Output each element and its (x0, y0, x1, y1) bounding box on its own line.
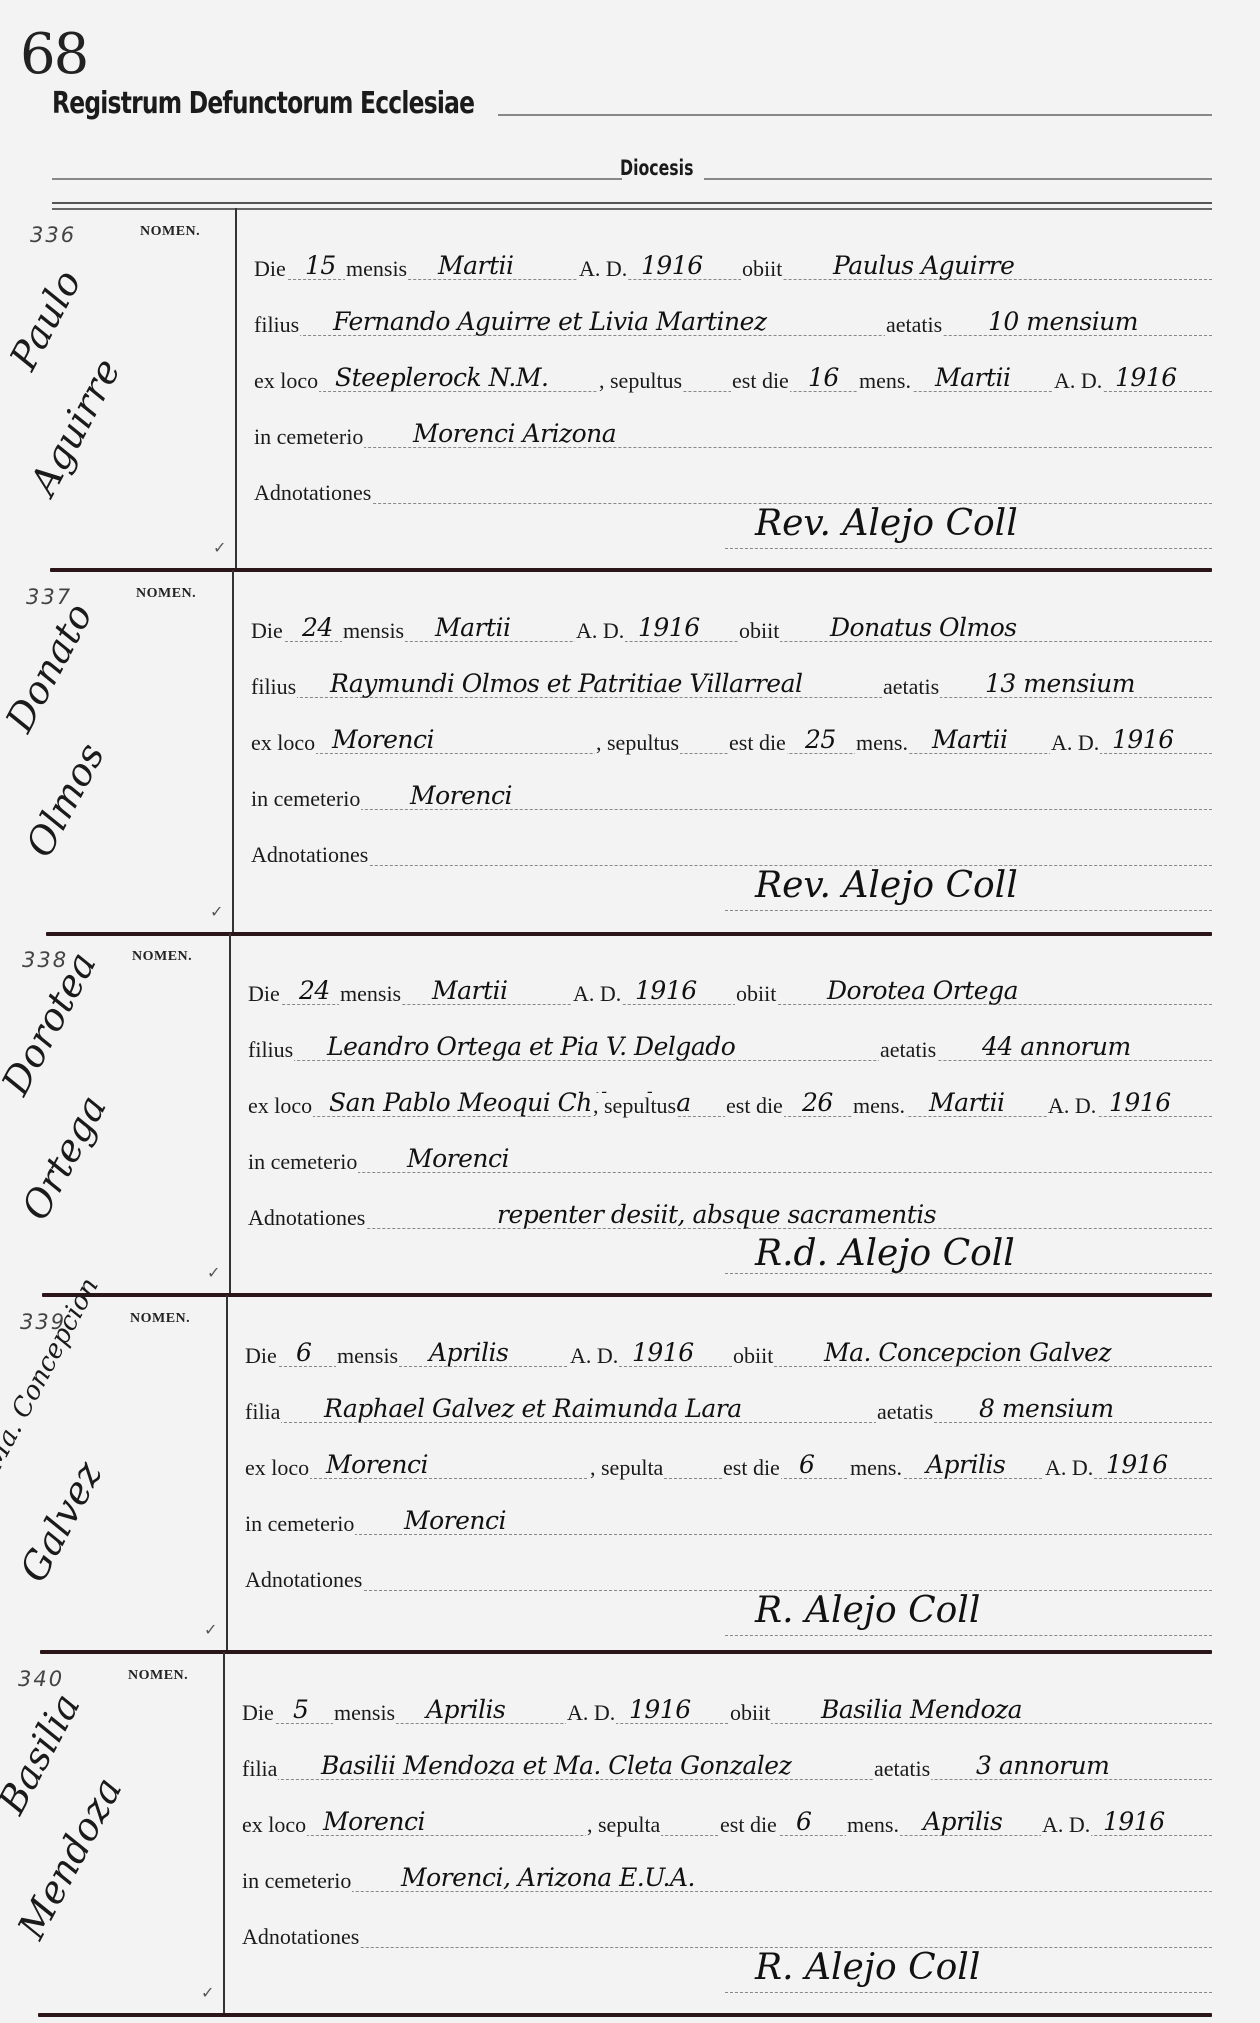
aetatis-label: aetatis (885, 312, 943, 338)
burial-row: ex loco Morenci , sepultus est die 25 me… (250, 730, 1212, 760)
parent-label: filius (253, 312, 300, 338)
sepult-label: , sepulta (589, 1455, 664, 1481)
sepult-label: , sepultus (598, 368, 683, 394)
priest-signature: R. Alejo Coll (755, 1590, 980, 1631)
cemetery-name: Morenci Arizona (413, 419, 616, 448)
place-of-origin: Morenci (326, 1450, 428, 1479)
cemetery-row: in cemeterio Morenci, Arizona E.U.A. (241, 1868, 1212, 1898)
burial-year: 1916 (1109, 1088, 1171, 1117)
diocesis-blank-right (704, 178, 1212, 180)
death-year: 1916 (629, 1695, 691, 1724)
death-month: Aprilis (426, 1695, 505, 1724)
check-mark: ✓ (201, 1983, 214, 2003)
mens-label: mens. (855, 730, 909, 756)
death-year: 1916 (635, 976, 697, 1005)
ad-label-2: A. D. (1050, 730, 1100, 756)
parents-names: Raymundi Olmos et Patritiae Villarreal (330, 669, 802, 698)
column-divider (232, 570, 234, 932)
parent-label: filius (247, 1037, 294, 1063)
priest-signature: R. Alejo Coll (755, 1947, 980, 1988)
burial-year: 1916 (1115, 363, 1177, 392)
die-label: Die (253, 256, 287, 282)
ad-label: A. D. (575, 618, 625, 644)
check-mark: ✓ (213, 538, 226, 558)
deceased-name: Dorotea Ortega (827, 976, 1018, 1005)
burial-row: ex loco Morenci , sepulta est die 6 mens… (241, 1812, 1212, 1842)
top-double-rule (52, 202, 1212, 210)
check-mark: ✓ (207, 1263, 220, 1283)
burial-month: Martii (932, 725, 1008, 754)
column-divider (229, 933, 231, 1293)
parent-label: filia (244, 1399, 281, 1425)
est-die-label: est die (725, 1093, 784, 1119)
mens-label: mens. (858, 368, 912, 394)
die-label: Die (250, 618, 284, 644)
margin-name-first: Ma. Concepcion (0, 1273, 105, 1475)
death-date-row: Die 24 mensis Martii A. D. 1916 obiit Do… (247, 981, 1212, 1011)
burial-year: 1916 (1103, 1807, 1165, 1836)
parents-row: filia Raphael Galvez et Raimunda Lara ae… (244, 1399, 1212, 1429)
column-divider (226, 1295, 228, 1650)
burial-day: 6 (796, 1807, 811, 1836)
check-mark: ✓ (210, 902, 223, 922)
entry-number: 340 (18, 1667, 64, 1691)
burial-day: 25 (805, 725, 836, 754)
sepult-label: , sepultus (592, 1093, 677, 1119)
margin-name-first: Paulo (1, 263, 90, 377)
cemetery-row: in cemeterio Morenci (247, 1149, 1212, 1179)
signature-line (725, 910, 1212, 911)
death-month: Martii (438, 251, 514, 280)
adnotationes-label: Adnotationes (241, 1924, 360, 1950)
burial-day: 6 (799, 1450, 814, 1479)
ex-loco-label: ex loco (247, 1093, 313, 1119)
diocesis-label: Diocesis (620, 156, 693, 180)
burial-day: 16 (808, 363, 839, 392)
diocesis-blank-left (52, 178, 622, 180)
annotations-row: Adnotationes (241, 1924, 1212, 1954)
cemetery-name: Morenci (410, 781, 512, 810)
death-year: 1916 (632, 1338, 694, 1367)
entry-separator-rule (40, 1650, 1212, 1654)
parents-names: Raphael Galvez et Raimunda Lara (324, 1394, 742, 1423)
margin-name-first: Donato (0, 596, 101, 739)
death-month: Martii (435, 613, 511, 642)
mensis-label: mensis (333, 1700, 396, 1726)
column-divider (235, 208, 237, 568)
entry-number: 336 (30, 223, 76, 247)
ex-loco-label: ex loco (250, 730, 316, 756)
est-die-label: est die (719, 1812, 778, 1838)
aetatis-label: aetatis (879, 1037, 937, 1063)
annotations-row: Adnotationes (250, 842, 1212, 872)
ad-label-2: A. D. (1044, 1455, 1094, 1481)
priest-signature: R.d. Alejo Coll (755, 1233, 1015, 1274)
death-day: 15 (305, 251, 336, 280)
sepult-label: , sepulta (586, 1812, 661, 1838)
adnotationes-label: Adnotationes (244, 1567, 363, 1593)
margin-name-first: Dorotea (0, 945, 105, 1102)
cemeterio-label: in cemeterio (244, 1511, 355, 1537)
burial-month: Aprilis (926, 1450, 1005, 1479)
entry-separator-rule (38, 2013, 1212, 2017)
death-month: Martii (432, 976, 508, 1005)
burial-row: ex loco San Pablo Meoqui Chihuahua , sep… (247, 1093, 1212, 1123)
entry-separator-rule (46, 932, 1212, 936)
mens-label: mens. (849, 1455, 903, 1481)
cemeterio-label: in cemeterio (247, 1149, 358, 1175)
priest-signature: Rev. Alejo Coll (755, 865, 1018, 906)
ex-loco-label: ex loco (241, 1812, 307, 1838)
margin-name-last: Ortega (13, 1088, 115, 1227)
sepult-label: , sepultus (595, 730, 680, 756)
obiit-label: obiit (729, 1700, 771, 1726)
parent-label: filia (241, 1756, 278, 1782)
burial-year: 1916 (1112, 725, 1174, 754)
annotations-row: Adnotationes repenter desiit, absque sac… (247, 1205, 1212, 1235)
margin-name-last: Galvez (11, 1454, 110, 1589)
column-divider (223, 1652, 225, 2013)
nomen-label: NOMEN. (140, 224, 200, 240)
obiit-label: obiit (741, 256, 783, 282)
death-day: 24 (299, 976, 330, 1005)
mens-label: mens. (852, 1093, 906, 1119)
aetatis-label: aetatis (882, 674, 940, 700)
parents-row: filia Basilii Mendoza et Ma. Cleta Gonza… (241, 1756, 1212, 1786)
cemetery-row: in cemeterio Morenci Arizona (253, 424, 1212, 454)
deceased-name: Paulus Aguirre (833, 251, 1014, 280)
cemetery-name: Morenci, Arizona E.U.A. (401, 1863, 695, 1892)
cemeterio-label: in cemeterio (241, 1868, 352, 1894)
deceased-name: Donatus Olmos (830, 613, 1017, 642)
die-label: Die (241, 1700, 275, 1726)
annotations-row: Adnotationes (253, 480, 1212, 510)
age: 8 mensium (979, 1394, 1114, 1423)
obiit-label: obiit (735, 981, 777, 1007)
page-number: 68 (20, 22, 87, 87)
ex-loco-label: ex loco (253, 368, 319, 394)
parents-row: filius Fernando Aguirre et Livia Martine… (253, 312, 1212, 342)
obiit-label: obiit (732, 1343, 774, 1369)
aetatis-label: aetatis (876, 1399, 934, 1425)
cemeterio-label: in cemeterio (253, 424, 364, 450)
adnotationes-label: Adnotationes (247, 1205, 366, 1231)
parents-row: filius Leandro Ortega et Pia V. Delgado … (247, 1037, 1212, 1067)
die-label: Die (244, 1343, 278, 1369)
nomen-label: NOMEN. (130, 1311, 190, 1327)
mensis-label: mensis (339, 981, 402, 1007)
burial-month: Aprilis (923, 1807, 1002, 1836)
death-day: 6 (296, 1338, 311, 1367)
mensis-label: mensis (342, 618, 405, 644)
entry-separator-rule (42, 1293, 1212, 1297)
ad-label: A. D. (566, 1700, 616, 1726)
death-year: 1916 (641, 251, 703, 280)
adnotationes-label: Adnotationes (253, 480, 372, 506)
burial-row: ex loco Morenci , sepulta est die 6 mens… (244, 1455, 1212, 1485)
death-date-row: Die 24 mensis Martii A. D. 1916 obiit Do… (250, 618, 1212, 648)
est-die-label: est die (722, 1455, 781, 1481)
burial-month: Martii (929, 1088, 1005, 1117)
burial-year: 1916 (1106, 1450, 1168, 1479)
ad-label: A. D. (572, 981, 622, 1007)
burial-month: Martii (935, 363, 1011, 392)
ad-label-2: A. D. (1047, 1093, 1097, 1119)
parents-row: filius Raymundi Olmos et Patritiae Villa… (250, 674, 1212, 704)
deceased-name: Basilia Mendoza (821, 1695, 1022, 1724)
place-of-origin: Morenci (323, 1807, 425, 1836)
place-of-origin: Steeplerock N.M. (335, 363, 548, 392)
cemetery-name: Morenci (404, 1506, 506, 1535)
death-month: Aprilis (429, 1338, 508, 1367)
nomen-label: NOMEN. (132, 949, 192, 965)
aetatis-label: aetatis (873, 1756, 931, 1782)
age: 44 annorum (982, 1032, 1131, 1061)
signature-line (725, 548, 1212, 549)
ex-loco-label: ex loco (244, 1455, 310, 1481)
annotation-text: repenter desiit, absque sacramentis (497, 1200, 936, 1229)
death-date-row: Die 5 mensis Aprilis A. D. 1916 obiit Ba… (241, 1700, 1212, 1730)
obiit-label: obiit (738, 618, 780, 644)
check-mark: ✓ (204, 1620, 217, 1640)
signature-line (725, 1635, 1212, 1636)
est-die-label: est die (731, 368, 790, 394)
parent-label: filius (250, 674, 297, 700)
ad-label: A. D. (578, 256, 628, 282)
mens-label: mens. (846, 1812, 900, 1838)
adnotationes-label: Adnotationes (250, 842, 369, 868)
place-of-origin: Morenci (332, 725, 434, 754)
cemetery-row: in cemeterio Morenci (250, 786, 1212, 816)
mensis-label: mensis (345, 256, 408, 282)
ad-label-2: A. D. (1041, 1812, 1091, 1838)
register-title: Registrum Defunctorum Ecclesiae (52, 86, 474, 121)
signature-line (725, 1992, 1212, 1993)
cemetery-name: Morenci (407, 1144, 509, 1173)
ecclesia-blank-line (498, 114, 1212, 116)
death-day: 24 (302, 613, 333, 642)
nomen-label: NOMEN. (136, 586, 196, 602)
ad-label-2: A. D. (1053, 368, 1103, 394)
parents-names: Leandro Ortega et Pia V. Delgado (327, 1032, 735, 1061)
parents-names: Basilii Mendoza et Ma. Cleta Gonzalez (321, 1751, 791, 1780)
mensis-label: mensis (336, 1343, 399, 1369)
parents-names: Fernando Aguirre et Livia Martinez (333, 307, 767, 336)
age: 3 annorum (976, 1751, 1109, 1780)
death-date-row: Die 15 mensis Martii A. D. 1916 obiit Pa… (253, 256, 1212, 286)
nomen-label: NOMEN. (128, 1668, 188, 1684)
cemetery-row: in cemeterio Morenci (244, 1511, 1212, 1541)
deceased-name: Ma. Concepcion Galvez (824, 1338, 1111, 1367)
age: 13 mensium (985, 669, 1135, 698)
annotations-row: Adnotationes (244, 1567, 1212, 1597)
priest-signature: Rev. Alejo Coll (755, 503, 1018, 544)
est-die-label: est die (728, 730, 787, 756)
death-date-row: Die 6 mensis Aprilis A. D. 1916 obiit Ma… (244, 1343, 1212, 1373)
death-day: 5 (293, 1695, 308, 1724)
age: 10 mensium (988, 307, 1138, 336)
burial-day: 26 (802, 1088, 833, 1117)
death-year: 1916 (638, 613, 700, 642)
cemeterio-label: in cemeterio (250, 786, 361, 812)
ad-label: A. D. (569, 1343, 619, 1369)
die-label: Die (247, 981, 281, 1007)
margin-name-last: Olmos (17, 736, 113, 864)
burial-row: ex loco Steeplerock N.M. , sepultus est … (253, 368, 1212, 398)
entry-separator-rule (50, 568, 1212, 572)
